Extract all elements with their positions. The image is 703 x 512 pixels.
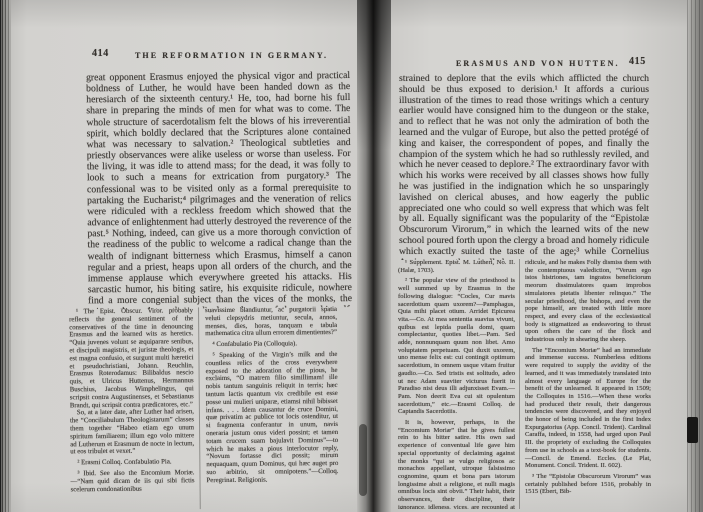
left-footnote-column-1: ¹ The Epist. Obscur. Viror. probably ref…: [69, 307, 200, 510]
footnote-paragraph: So, at a later date, after Luther had ar…: [70, 409, 194, 457]
footnote-paragraph: ⁴ Confabulatio Pia (Colloquia).: [205, 340, 337, 349]
right-footnote-column-2: ridicule, and he makes Folly dismiss the…: [519, 259, 651, 509]
footnote-paragraph: ¹ The Epist. Obscur. Viror. probably ref…: [69, 307, 194, 409]
book-page-edges-left: [0, 0, 11, 512]
footnote-paragraph: ³ The “Epistolæ Obscurorum Virorum” was …: [525, 473, 651, 496]
footnote-paragraph: ridicule, and he makes Folly dismiss the…: [525, 259, 651, 344]
left-footnote-column-2: suavissime blandiuntur, ac purgatorii sp…: [198, 306, 339, 509]
left-footnotes: ¹ The Epist. Obscur. Viror. probably ref…: [69, 306, 339, 510]
left-running-header: THE REFORMATION IN GERMANY.: [135, 51, 287, 60]
footnote-paragraph: It is, however, perhaps, in the “Encomiu…: [398, 419, 515, 509]
footnote-paragraph: ² Erasmi Colloq. Confabulatio Pia.: [70, 458, 194, 467]
gutter-ink-blot: [359, 424, 367, 496]
footnote-paragraph: ² The popular view of the priesthood is …: [398, 277, 515, 416]
book-scan: 414 THE REFORMATION IN GERMANY. great op…: [0, 0, 703, 512]
right-footnotes: ¹ Supplement. Epist. M. Lutheri, No. II.…: [398, 259, 651, 509]
footnote-paragraph: suavissime blandiuntur, ac purgatorii sp…: [205, 306, 337, 338]
footnote-paragraph: ⁵ Speaking of the Virgin’s milk and the …: [205, 351, 338, 485]
footnote-paragraph: The “Encomium Moriæ” had an immediate an…: [525, 347, 651, 470]
left-body-text: great opponent Erasmus enjoyed the physi…: [86, 70, 352, 309]
right-footnote-column-1: ¹ Supplement. Epist. M. Lutheri, No. II.…: [398, 259, 519, 509]
footnote-paragraph: ¹ Supplement. Epist. M. Lutheri, No. II.…: [398, 259, 515, 274]
page-edge-black-mark: [687, 417, 698, 443]
footnote-paragraph: ³ Ibid. See also the Encomium Moriæ.—“Na…: [70, 469, 194, 493]
right-running-header: ERASMUS AND VON HUTTEN.: [456, 59, 588, 68]
left-page-number: 414: [92, 48, 109, 59]
right-page-number: 415: [629, 56, 646, 67]
right-body-text: strained to deplore that the evils which…: [399, 74, 649, 260]
